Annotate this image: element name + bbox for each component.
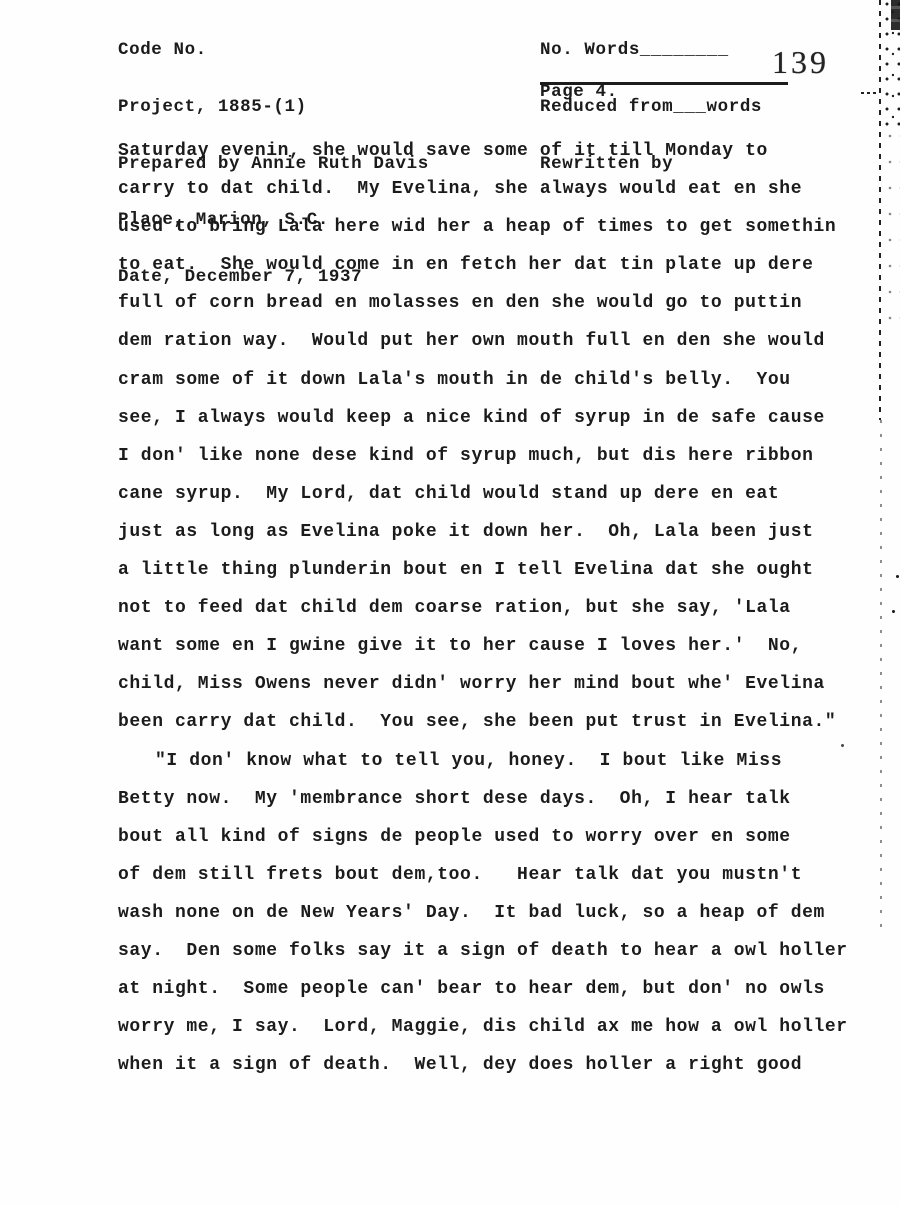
scan-edge-dashed-line-faded xyxy=(880,420,882,932)
body-line: wash none on de New Years' Day. It bad l… xyxy=(118,894,848,932)
document-page: Code No. Project, 1885-(1) Prepared by A… xyxy=(0,0,900,1205)
body-line: Saturday evenin, she would save some of … xyxy=(118,132,848,170)
project-line: Project, 1885-(1) xyxy=(118,99,429,116)
scan-corner-artifact xyxy=(891,0,900,30)
body-line: of dem still frets bout dem,too. Hear ta… xyxy=(118,856,848,894)
scan-stray-dot xyxy=(841,744,844,747)
scan-stray-dot xyxy=(892,610,895,613)
body-line: cane syrup. My Lord, dat child would sta… xyxy=(118,475,848,513)
body-line: at night. Some people can' bear to hear … xyxy=(118,970,848,1008)
body-line: say. Den some folks say it a sign of dea… xyxy=(118,932,848,970)
body-line: dem ration way. Would put her own mouth … xyxy=(118,322,848,360)
body-line: not to feed dat child dem coarse ration,… xyxy=(118,589,848,627)
body-line: worry me, I say. Lord, Maggie, dis child… xyxy=(118,1008,848,1046)
body-line: bout all kind of signs de people used to… xyxy=(118,818,848,856)
body-line: Betty now. My 'membrance short dese days… xyxy=(118,780,848,818)
page-number-label: Page 4. xyxy=(540,84,618,101)
body-line: been carry dat child. You see, she been … xyxy=(118,703,848,741)
body-line: child, Miss Owens never didn' worry her … xyxy=(118,665,848,703)
body-line: see, I always would keep a nice kind of … xyxy=(118,399,848,437)
body-line: when it a sign of death. Well, dey does … xyxy=(118,1046,848,1084)
code-no-line: Code No. xyxy=(118,42,429,59)
folio-stamp-number: 139 xyxy=(772,44,829,81)
body-line: cram some of it down Lala's mouth in de … xyxy=(118,361,848,399)
body-line: full of corn bread en molasses en den sh… xyxy=(118,284,848,322)
body-line: carry to dat child. My Evelina, she alwa… xyxy=(118,170,848,208)
document-body: Saturday evenin, she would save some of … xyxy=(118,132,848,1084)
body-line-paragraph-start: "I don' know what to tell you, honey. I … xyxy=(118,742,848,780)
body-line: to eat. She would come in en fetch her d… xyxy=(118,246,848,284)
scan-noise-speckles xyxy=(886,130,900,320)
body-line: I don' like none dese kind of syrup much… xyxy=(118,437,848,475)
scan-stray-dot xyxy=(896,575,899,578)
body-line: a little thing plunderin bout en I tell … xyxy=(118,551,848,589)
body-line: just as long as Evelina poke it down her… xyxy=(118,513,848,551)
body-line: used to bring Lala here wid her a heap o… xyxy=(118,208,848,246)
body-line: want some en I gwine give it to her caus… xyxy=(118,627,848,665)
no-words-line: No. Words________ xyxy=(540,42,762,59)
scan-edge-dashed-line xyxy=(879,0,881,420)
scan-edge-mark xyxy=(861,92,877,94)
